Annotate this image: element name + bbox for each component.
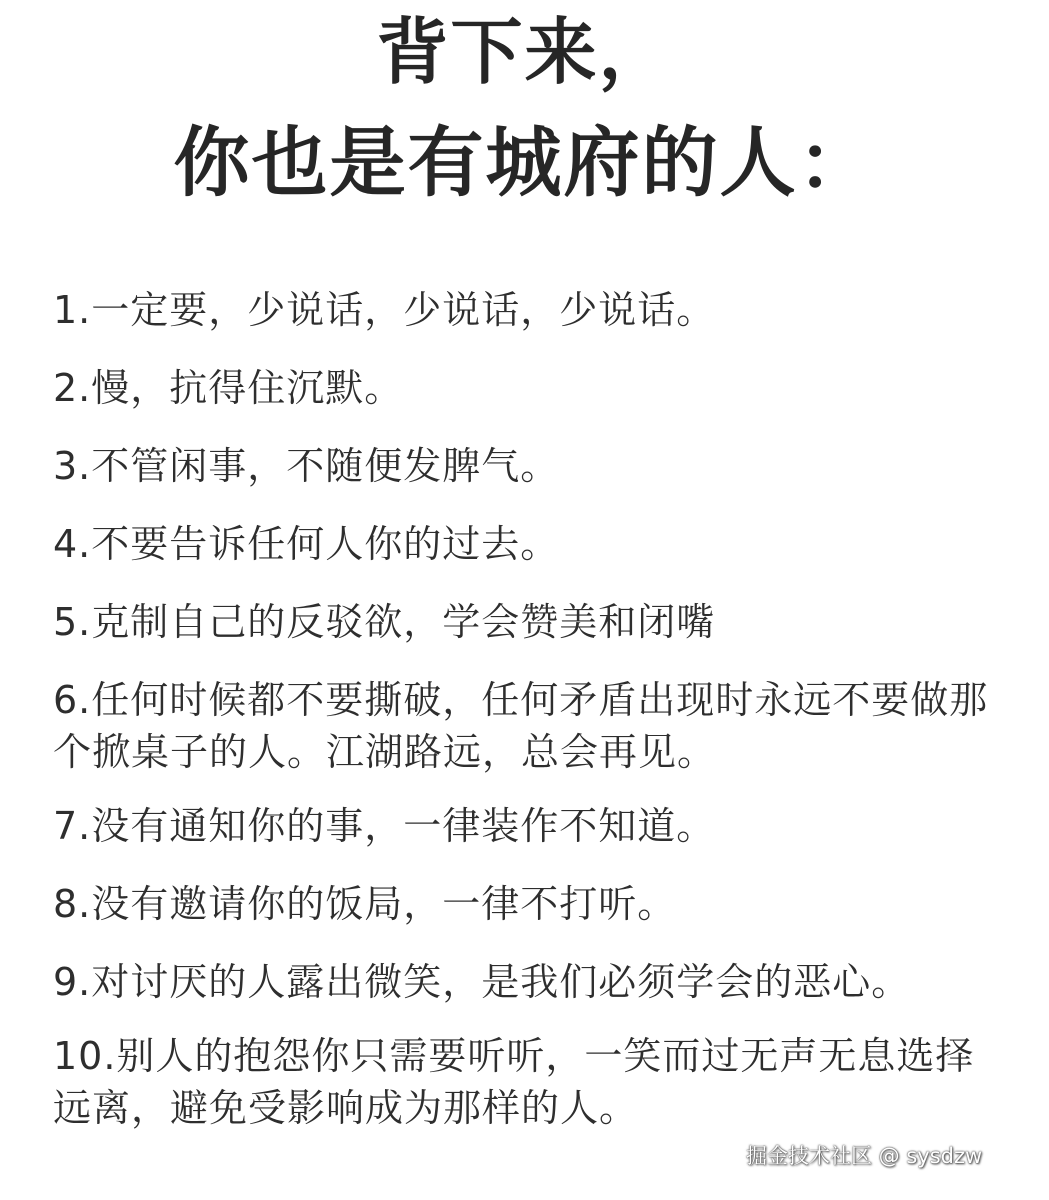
list-item: 2.慢，抗得住沉默。 <box>53 362 1013 414</box>
list-item: 8.没有邀请你的饭局，一律不打听。 <box>53 878 1013 930</box>
list-item: 6.任何时候都不要撕破，任何矛盾出现时永远不要做那个掀桌子的人。江湖路远，总会再… <box>53 674 1013 778</box>
list-item: 4.不要告诉任何人你的过去。 <box>53 518 1013 570</box>
watermark: 掘金技术社区 @ sysdzw <box>746 1140 982 1170</box>
tips-list: 1.一定要，少说话，少说话，少说话。 2.慢，抗得住沉默。 3.不管闲事，不随便… <box>53 284 1013 1156</box>
list-item: 10.别人的抱怨你只需要听听，一笑而过无声无息选择远离，避免受影响成为那样的人。 <box>53 1030 1013 1134</box>
page-title-line-1: 背下来， <box>0 10 1049 94</box>
list-item: 9.对讨厌的人露出微笑，是我们必须学会的恶心。 <box>53 956 1013 1008</box>
list-item: 3.不管闲事，不随便发脾气。 <box>53 440 1013 492</box>
list-item: 5.克制自己的反驳欲，学会赞美和闭嘴 <box>53 596 1013 648</box>
page-title-line-2: 你也是有城府的人： <box>0 118 1049 208</box>
list-item: 7.没有通知你的事，一律装作不知道。 <box>53 800 1013 852</box>
list-item: 1.一定要，少说话，少说话，少说话。 <box>53 284 1013 336</box>
